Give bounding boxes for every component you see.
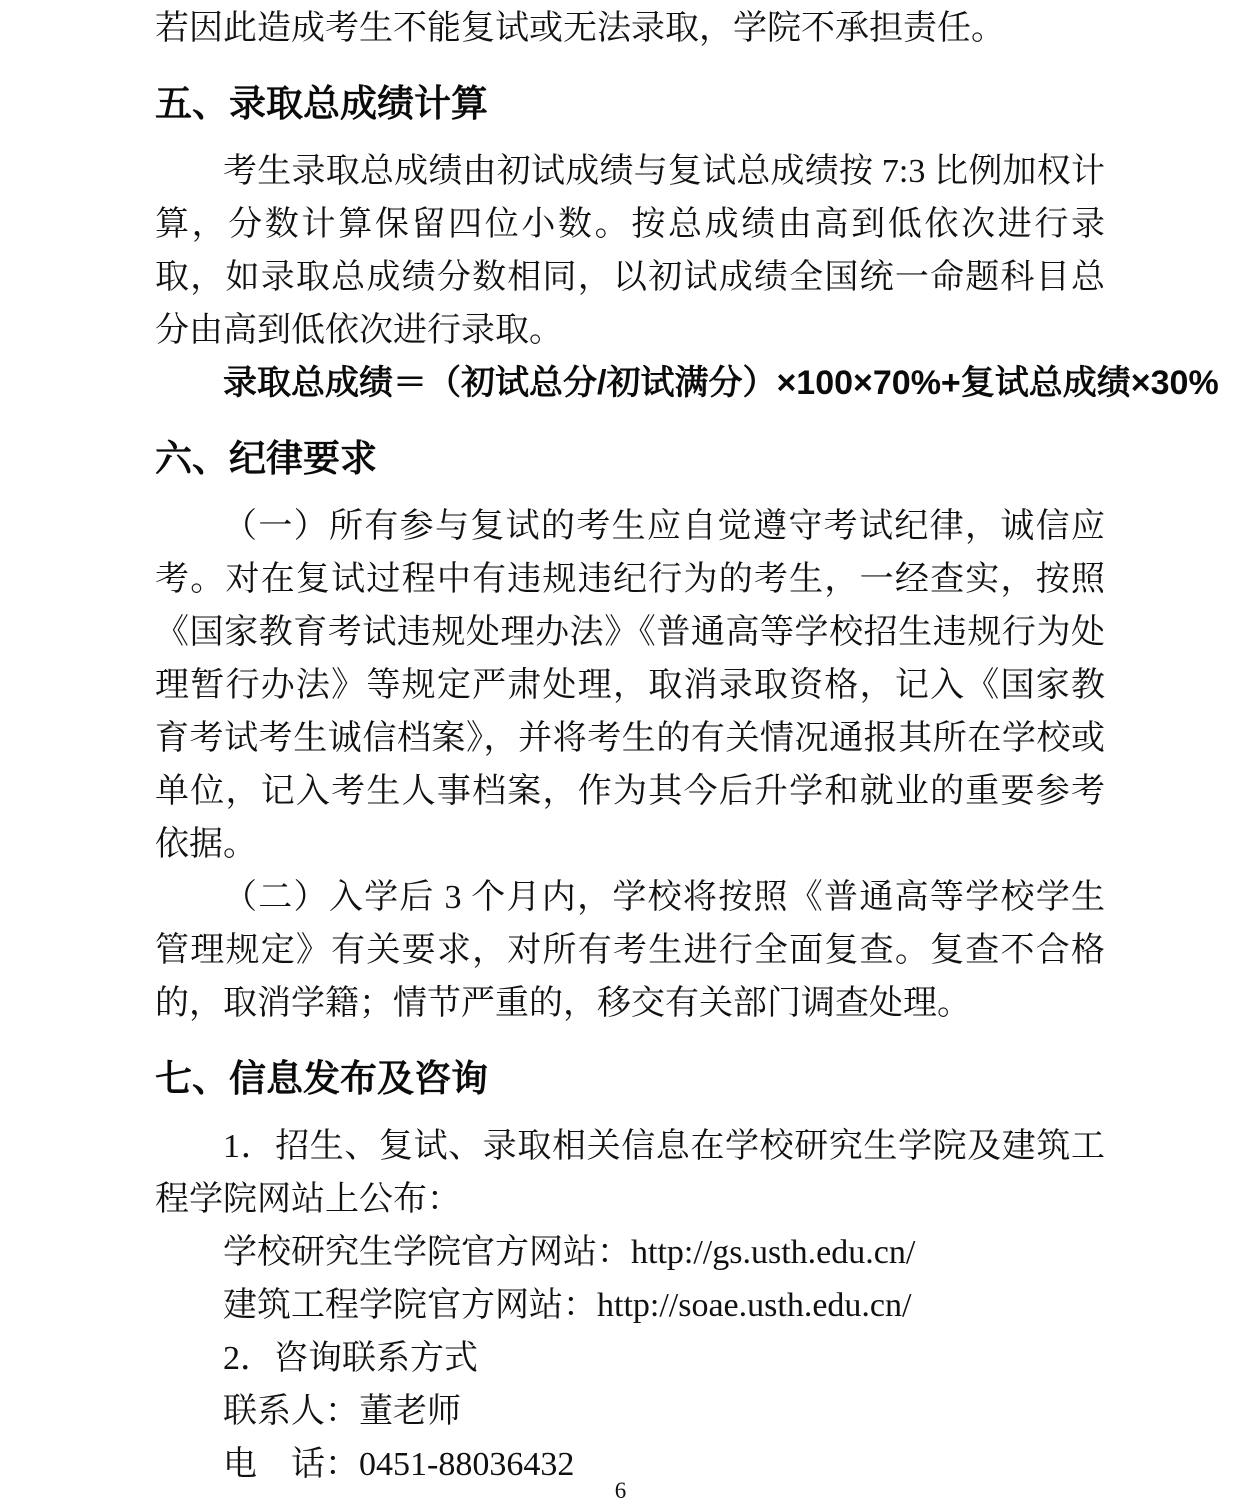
section-5-paragraph: 考生录取总成绩由初试成绩与复试总成绩按 7:3 比例加权计算，分数计算保留四位小…	[155, 145, 1105, 357]
section-6-item-2: （二）入学后 3 个月内，学校将按照《普通高等学校学生管理规定》有关要求，对所有…	[155, 871, 1105, 1030]
page-number: 6	[0, 1479, 1241, 1502]
section-6-item-1: （一）所有参与复试的考生应自觉遵守考试纪律，诚信应考。对在复试过程中有违规违纪行…	[155, 500, 1105, 871]
section-7-item-2: 2．咨询联系方式	[155, 1332, 1105, 1385]
section-6-heading: 六、纪律要求	[155, 432, 1105, 486]
college-website-line: 建筑工程学院官方网站：http://soae.usth.edu.cn/	[155, 1279, 1105, 1332]
admission-score-formula: 录取总成绩＝（初试总分/初试满分）×100×70%+复试总成绩×30%	[155, 357, 1105, 410]
section-7-heading: 七、信息发布及咨询	[155, 1052, 1105, 1106]
section-7-item-1: 1．招生、复试、录取相关信息在学校研究生学院及建筑工程学院网站上公布：	[155, 1120, 1105, 1226]
contact-person-line: 联系人：董老师	[155, 1385, 1105, 1438]
continuation-paragraph: 若因此造成考生不能复试或无法录取，学院不承担责任。	[155, 2, 1105, 55]
grad-school-website-line: 学校研究生学院官方网站：http://gs.usth.edu.cn/	[155, 1226, 1105, 1279]
document-page: 若因此造成考生不能复试或无法录取，学院不承担责任。 五、录取总成绩计算 考生录取…	[0, 0, 1241, 1510]
section-5-heading: 五、录取总成绩计算	[155, 77, 1105, 131]
